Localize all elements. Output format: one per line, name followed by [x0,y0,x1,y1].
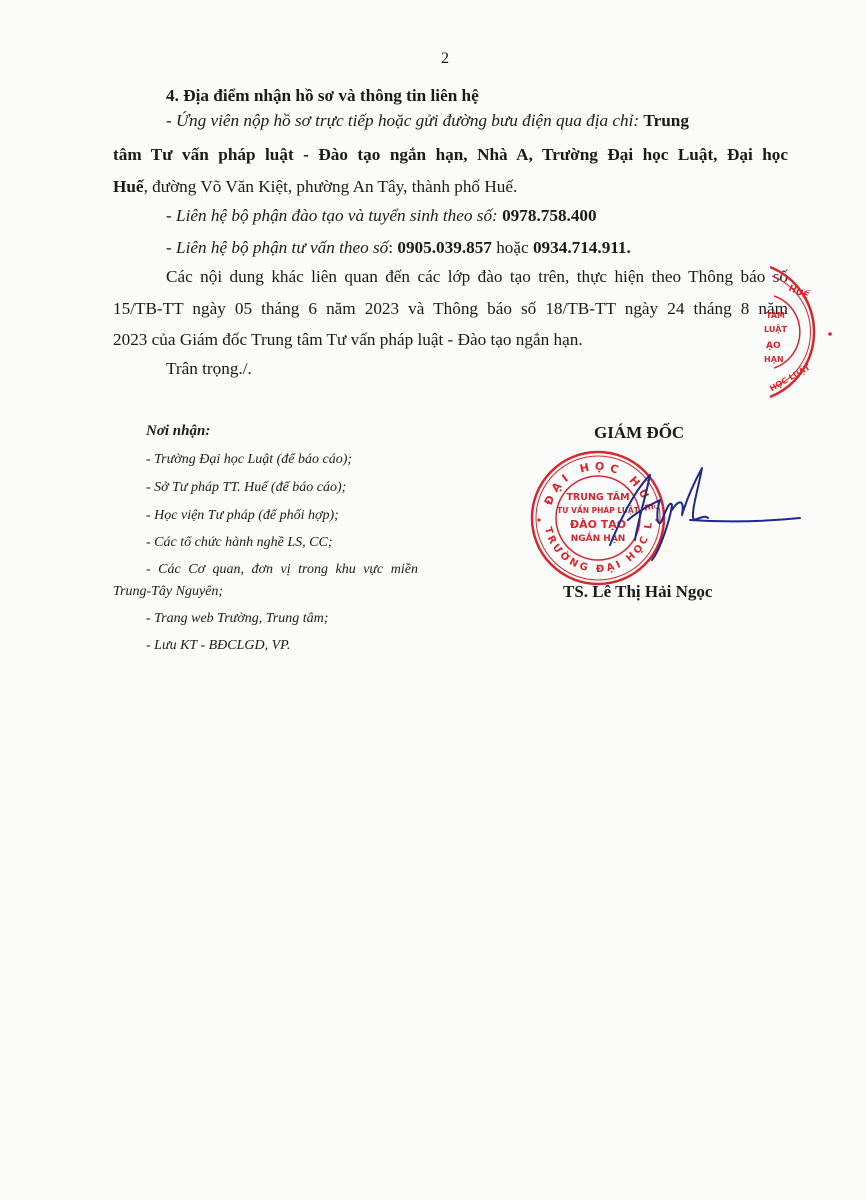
section-heading: 4. Địa điểm nhận hồ sơ và thông tin liên… [166,86,479,106]
signature-title: GIÁM ĐỐC [594,423,684,443]
svg-text:TÂM: TÂM [766,309,785,320]
recipient-item: - Các Cơ quan, đơn vị trong khu vực miền [146,562,418,578]
contact-consulting-phone-2: 0934.714.911. [533,238,631,257]
address-intro: - Ứng viên nộp hồ sơ trực tiếp hoặc gửi … [166,111,643,130]
recipient-item: - Các tổ chức hành nghề LS, CC; [146,535,333,551]
address-rest: , đường Võ Văn Kiệt, phường An Tây, thàn… [144,177,518,196]
recipients-title: Nơi nhận: [146,423,210,440]
contact-consulting-phone-1: 0905.039.857 [397,238,492,257]
paragraph-line-3: 2023 của Giám đốc Trung tâm Tư vấn pháp … [113,330,583,350]
contact-training-phone: 0978.758.400 [502,206,597,225]
signatory-name: TS. Lê Thị Hải Ngọc [563,582,712,602]
recipient-item: - Sở Tư pháp TT. Huế (để báo cáo); [146,480,346,496]
contact-consulting-label: - Liên hệ bộ phận tư vấn theo số [166,238,388,257]
address-bold-1: Trung [643,111,689,130]
closing: Trân trọng./. [166,359,252,379]
contact-training-label: - Liên hệ bộ phận đào tạo và tuyển sinh … [166,206,502,225]
svg-text:LUẬT: LUẬT [764,324,788,334]
svg-text:HUẾ: HUẾ [787,281,812,302]
paragraph-line-1: Các nội dung khác liên quan đến các lớp … [166,267,788,287]
paragraph-line-2: 15/TB-TT ngày 05 tháng 6 năm 2023 và Thô… [113,299,788,319]
address-line-2: tâm Tư vấn pháp luật - Đào tạo ngắn hạn,… [113,145,788,165]
svg-text:ẠO: ẠO [766,341,781,351]
contact-training: - Liên hệ bộ phận đào tạo và tuyển sinh … [166,206,597,226]
recipient-item: Trung-Tây Nguyên; [113,584,223,600]
address-line-3: Huế, đường Võ Văn Kiệt, phường An Tây, t… [113,177,517,197]
recipient-item: - Trang web Trường, Trung tâm; [146,611,328,627]
svg-text:HỌC LUẬT: HỌC LUẬT [768,362,813,393]
address-line-1: - Ứng viên nộp hồ sơ trực tiếp hoặc gửi … [166,111,689,131]
recipient-item: - Học viện Tư pháp (để phối hợp); [146,508,339,524]
colon: : [388,238,397,257]
contact-consulting: - Liên hệ bộ phận tư vấn theo số: 0905.0… [166,238,631,258]
recipient-item: - Lưu KT - BĐCLGD, VP. [146,638,290,654]
page-number: 2 [0,50,866,68]
or-text: hoặc [492,238,533,257]
address-bold-3: Huế [113,177,144,196]
recipient-item: - Trường Đại học Luật (để báo cáo); [146,452,352,468]
svg-text:HẠN: HẠN [764,355,784,364]
edge-seal-icon: HUẾ TÂM LUẬT ẠO HẠN HỌC LUẬT [760,262,866,402]
signature-scribble-icon [590,460,810,570]
